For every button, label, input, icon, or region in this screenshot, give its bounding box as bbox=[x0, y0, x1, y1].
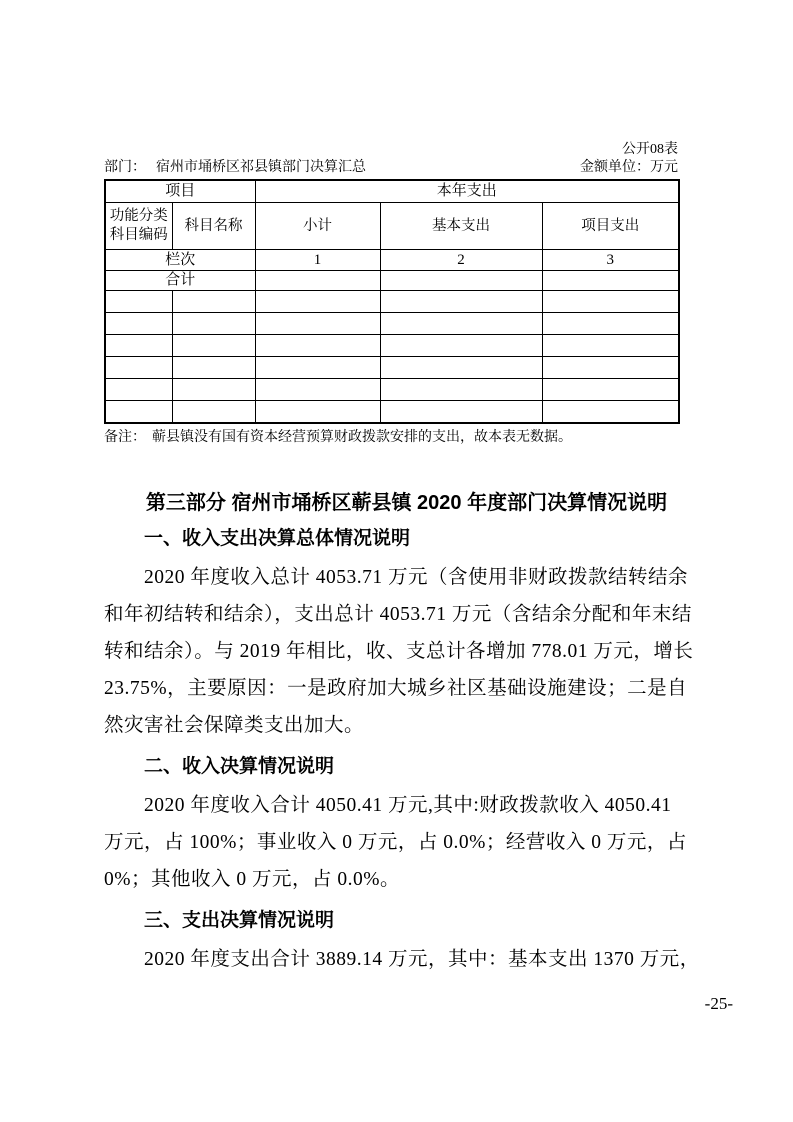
table-note: 备注：蕲县镇没有国有资本经营预算财政拨款安排的支出，故本表无数据。 bbox=[104, 429, 709, 447]
department-label: 部门： bbox=[104, 160, 146, 175]
sections: 一、收入支出决算总体情况说明2020 年度收入总计 4053.71 万元（含使用… bbox=[104, 527, 709, 978]
table-empty-cell bbox=[105, 335, 172, 357]
table-empty-cell bbox=[255, 357, 380, 379]
table-empty-cell bbox=[380, 401, 542, 424]
table-header-row-1: 项目 本年支出 bbox=[105, 180, 679, 203]
total-cell-2 bbox=[380, 271, 542, 291]
table-empty-cell bbox=[542, 401, 679, 424]
table-empty-cell bbox=[542, 379, 679, 401]
department-value: 宿州市埇桥区祁县镇部门决算汇总 bbox=[156, 160, 366, 175]
paragraph-line: 0%；其他收入 0 万元，占 0.0%。 bbox=[104, 861, 709, 898]
table-empty-cell bbox=[105, 357, 172, 379]
paragraph-line: 2020 年度收入合计 4050.41 万元,其中:财政拨款收入 4050.41 bbox=[104, 787, 709, 824]
header-cell-basic-expenditure: 基本支出 bbox=[380, 203, 542, 250]
paragraph-line: 23.75%，主要原因：一是政府加大城乡社区基础设施建设；二是自 bbox=[104, 670, 709, 707]
table-code-label: 公开08表 bbox=[104, 141, 678, 158]
header-cell-item: 项目 bbox=[105, 180, 255, 203]
header-cell-function-code: 功能分类 科目编码 bbox=[105, 203, 172, 250]
part-three-title: 第三部分 宿州市埇桥区蕲县镇 2020 年度部门决算情况说明 bbox=[104, 491, 709, 516]
table-empty-cell bbox=[172, 335, 255, 357]
page-number: -25- bbox=[705, 994, 733, 1014]
section-heading-1: 一、收入支出决算总体情况说明 bbox=[104, 527, 709, 551]
table-empty-cell bbox=[255, 335, 380, 357]
paragraph-line: 转和结余）。与 2019 年相比，收、支总计各增加 778.01 万元，增长 bbox=[104, 633, 709, 670]
table-empty-cell bbox=[255, 401, 380, 424]
table-empty-cell bbox=[542, 357, 679, 379]
table-empty-cell bbox=[380, 335, 542, 357]
table-empty-row bbox=[105, 335, 679, 357]
note-label: 备注： bbox=[104, 430, 146, 445]
section-heading-2: 二、收入决算情况说明 bbox=[104, 755, 709, 779]
table-empty-cell bbox=[380, 357, 542, 379]
header-cell-current-year: 本年支出 bbox=[255, 180, 679, 203]
table-empty-cell bbox=[172, 291, 255, 313]
table-empty-cell bbox=[172, 357, 255, 379]
section-paragraph-1: 2020 年度收入总计 4053.71 万元（含使用非财政拨款结转结余和年初结转… bbox=[104, 559, 709, 744]
table-meta-row: 部门：宿州市埇桥区祁县镇部门决算汇总 金额单位：万元 bbox=[104, 158, 678, 177]
table-total-row: 合计 bbox=[105, 271, 679, 291]
paragraph-line: 2020 年度收入总计 4053.71 万元（含使用非财政拨款结转结余 bbox=[104, 559, 709, 596]
index-cell-2: 2 bbox=[380, 250, 542, 271]
table-empty-cell bbox=[172, 379, 255, 401]
table-empty-cell bbox=[380, 379, 542, 401]
index-row-label: 栏次 bbox=[105, 250, 255, 271]
table-empty-row bbox=[105, 401, 679, 424]
table-empty-cell bbox=[542, 291, 679, 313]
index-cell-1: 1 bbox=[255, 250, 380, 271]
total-row-label: 合计 bbox=[105, 271, 255, 291]
table-empty-cell bbox=[105, 379, 172, 401]
table-empty-cell bbox=[380, 291, 542, 313]
section-heading-3: 三、支出决算情况说明 bbox=[104, 909, 709, 933]
paragraph-line: 和年初结转和结余），支出总计 4053.71 万元（含结余分配和年末结 bbox=[104, 596, 709, 633]
total-cell-3 bbox=[542, 271, 679, 291]
table-empty-cell bbox=[255, 313, 380, 335]
table-index-row: 栏次 1 2 3 bbox=[105, 250, 679, 271]
table-empty-cell bbox=[105, 401, 172, 424]
total-cell-1 bbox=[255, 271, 380, 291]
table-empty-cell bbox=[380, 313, 542, 335]
table-empty-cell bbox=[105, 313, 172, 335]
department-line: 部门：宿州市埇桥区祁县镇部门决算汇总 bbox=[104, 158, 366, 177]
table-empty-cell bbox=[172, 401, 255, 424]
table-empty-cell bbox=[542, 335, 679, 357]
table-empty-cell bbox=[172, 313, 255, 335]
note-text: 蕲县镇没有国有资本经营预算财政拨款安排的支出，故本表无数据。 bbox=[152, 430, 572, 445]
amount-unit-label: 金额单位：万元 bbox=[580, 158, 678, 177]
paragraph-line: 然灾害社会保障类支出加大。 bbox=[104, 707, 709, 744]
page-content: 公开08表 部门：宿州市埇桥区祁县镇部门决算汇总 金额单位：万元 项目 本年支出 bbox=[104, 141, 709, 978]
table-empty-row bbox=[105, 313, 679, 335]
header-cell-project-expenditure: 项目支出 bbox=[542, 203, 679, 250]
section-paragraph-2: 2020 年度收入合计 4050.41 万元,其中:财政拨款收入 4050.41… bbox=[104, 787, 709, 898]
table-header-row-2: 功能分类 科目编码 科目名称 小计 基本支出 项目支出 bbox=[105, 203, 679, 250]
index-cell-3: 3 bbox=[542, 250, 679, 271]
table-empty-row bbox=[105, 379, 679, 401]
table-empty-rows bbox=[105, 291, 679, 424]
table-empty-cell bbox=[255, 379, 380, 401]
budget-table: 项目 本年支出 功能分类 科目编码 科目名称 小计 基本支出 项目支出 栏次 1… bbox=[104, 179, 680, 424]
table-empty-cell bbox=[105, 291, 172, 313]
table-empty-cell bbox=[255, 291, 380, 313]
table-empty-row bbox=[105, 291, 679, 313]
header-cell-subtotal: 小计 bbox=[255, 203, 380, 250]
paragraph-line: 2020 年度支出合计 3889.14 万元，其中：基本支出 1370 万元， bbox=[104, 941, 709, 978]
document-page: 公开08表 部门：宿州市埇桥区祁县镇部门决算汇总 金额单位：万元 项目 本年支出 bbox=[0, 0, 793, 1122]
header-cell-subject-name: 科目名称 bbox=[172, 203, 255, 250]
table-empty-cell bbox=[542, 313, 679, 335]
paragraph-line: 万元，占 100%；事业收入 0 万元，占 0.0%；经营收入 0 万元，占 bbox=[104, 824, 709, 861]
table-empty-row bbox=[105, 357, 679, 379]
section-paragraph-3: 2020 年度支出合计 3889.14 万元，其中：基本支出 1370 万元， bbox=[104, 941, 709, 978]
